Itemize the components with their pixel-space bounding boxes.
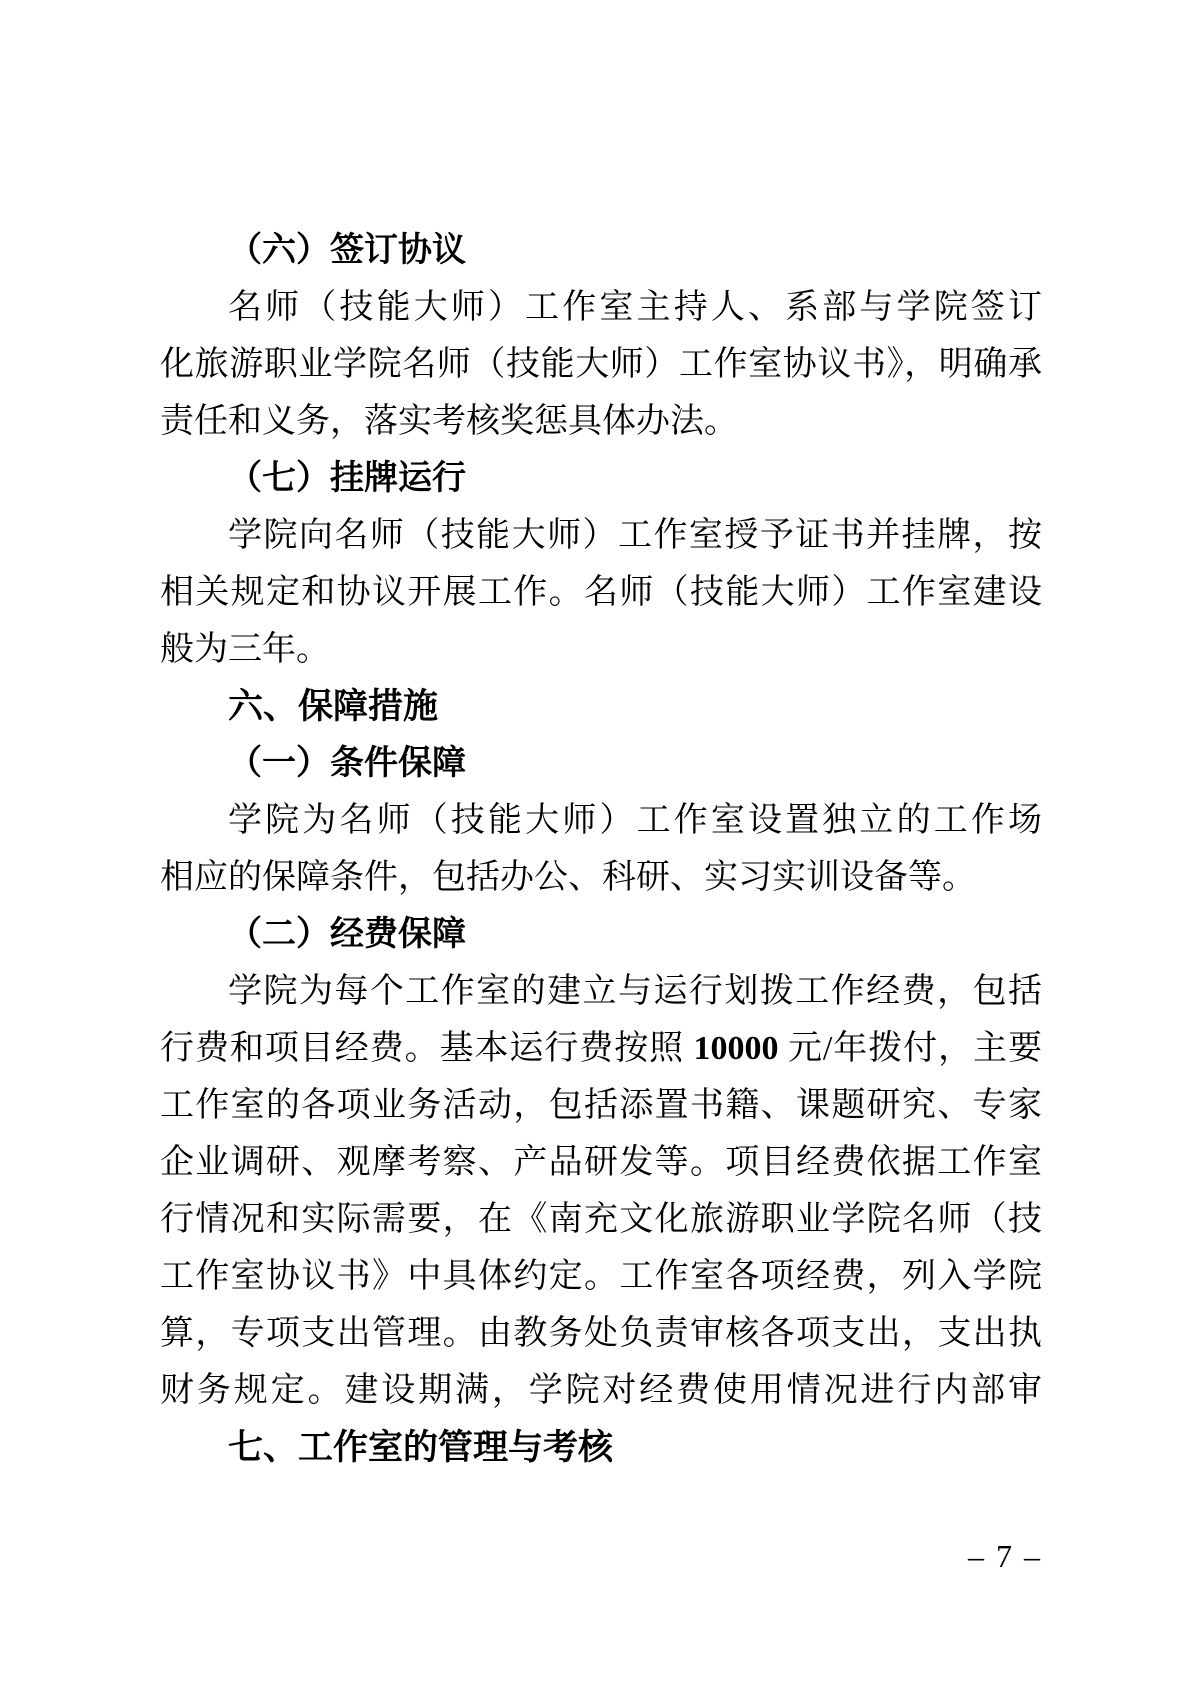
text-line: 工作室协议书》中具体约定。工作室各项经费，列入学院年度预 — [160, 1248, 1042, 1305]
section-heading: （六）签订协议 — [160, 222, 1042, 279]
section-heading: 六、保障措施 — [160, 678, 1042, 735]
text-line: 般为三年。 — [160, 621, 1042, 678]
text-line: 名师（技能大师）工作室主持人、系部与学院签订《南充文 — [160, 279, 1042, 336]
document-page: （六）签订协议名师（技能大师）工作室主持人、系部与学院签订《南充文化旅游职业学院… — [0, 0, 1190, 1683]
emphasized-number: 10000 — [694, 1030, 779, 1067]
text-line: 工作室的各项业务活动，包括添置书籍、课题研究、专家授课、 — [160, 1077, 1042, 1134]
text-line: 企业调研、观摩考察、产品研发等。项目经费依据工作室项目运 — [160, 1134, 1042, 1191]
text-line: 相关规定和协议开展工作。名师（技能大师）工作室建设周期一 — [160, 564, 1042, 621]
section-heading: （一）条件保障 — [160, 735, 1042, 792]
section-heading: 七、工作室的管理与考核 — [160, 1419, 1042, 1476]
text-line: 算，专项支出管理。由教务处负责审核各项支出，支出执行学院 — [160, 1305, 1042, 1362]
section-heading: （七）挂牌运行 — [160, 450, 1042, 507]
page-number: – 7 – — [968, 1538, 1042, 1574]
text-line: 化旅游职业学院名师（技能大师）工作室协议书》，明确承担的 — [160, 336, 1042, 393]
text-line: 行情况和实际需要，在《南充文化旅游职业学院名师（技能大师） — [160, 1191, 1042, 1248]
text-line: 行费和项目经费。基本运行费按照 10000 元/年拨付，主要用于 — [160, 1020, 1042, 1077]
section-heading: （二）经费保障 — [160, 906, 1042, 963]
text-line: 责任和义务，落实考核奖惩具体办法。 — [160, 393, 1042, 450]
text-line: 财务规定。建设期满，学院对经费使用情况进行内部审计。 — [160, 1362, 1042, 1419]
text-line: 学院为名师（技能大师）工作室设置独立的工作场所，提供 — [160, 792, 1042, 849]
text-line: 相应的保障条件，包括办公、科研、实习实训设备等。 — [160, 849, 1042, 906]
text-line: 学院为每个工作室的建立与运行划拨工作经费，包括基本运 — [160, 963, 1042, 1020]
text-segment: 行费和项目经费。基本运行费按照 — [160, 1030, 694, 1067]
document-body: （六）签订协议名师（技能大师）工作室主持人、系部与学院签订《南充文化旅游职业学院… — [160, 222, 1042, 1476]
text-line: 学院向名师（技能大师）工作室授予证书并挂牌，按照学院 — [160, 507, 1042, 564]
